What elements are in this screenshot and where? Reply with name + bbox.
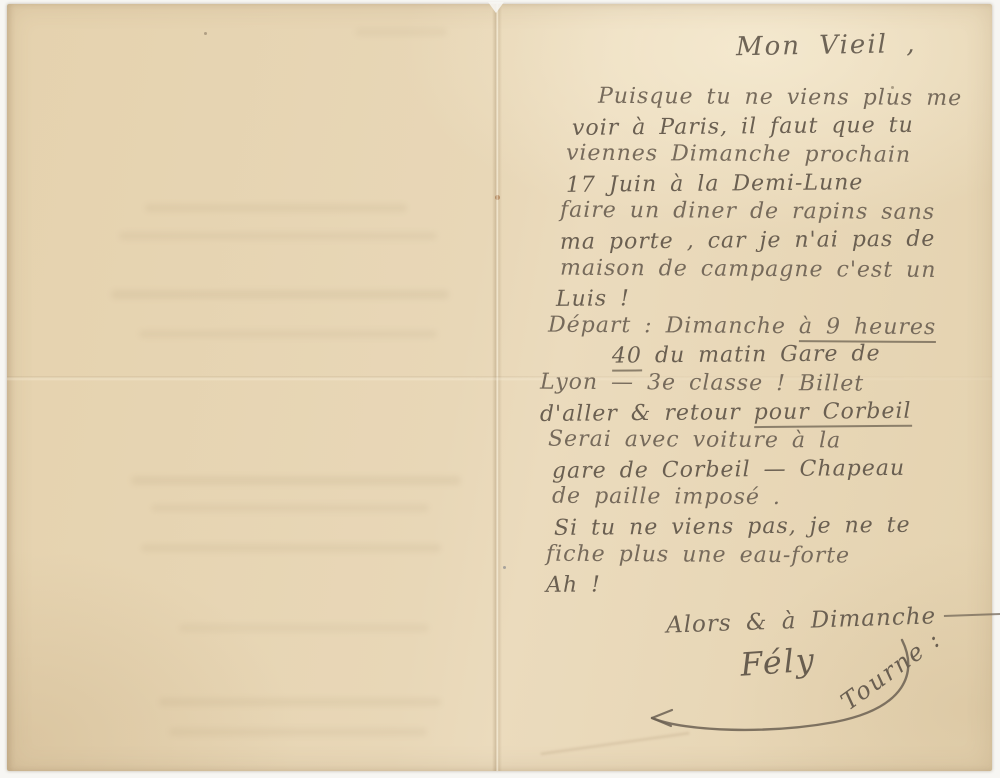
letter-line: fiche plus une eau-forte xyxy=(546,540,990,571)
letter-line-text: Si tu ne viens pas, je ne te xyxy=(554,513,911,541)
letter-line-text: maison de campagne c'est un xyxy=(560,255,937,282)
ghost-text-line xyxy=(111,290,449,299)
letter-text: Mon Vieil , Puisque tu ne viens plus me … xyxy=(538,30,990,675)
letter-line-text: viennes Dimanche prochain xyxy=(566,141,911,168)
erased-smudge xyxy=(355,28,447,36)
ghost-text-line xyxy=(145,204,407,212)
ghost-text-line xyxy=(179,624,429,632)
ghost-text-line xyxy=(141,544,441,552)
letter-line-text: Puisque tu ne viens plus me xyxy=(598,84,962,111)
underlined-text: à 9 heures xyxy=(799,314,936,343)
letter-line: 40 du matin Gare de xyxy=(612,340,990,372)
letter-line: gare de Corbeil — Chapeau xyxy=(552,454,990,486)
letter-line-text: Ah ! xyxy=(546,573,601,598)
letter-line-text: gare de Corbeil — Chapeau xyxy=(552,456,905,484)
underlined-text: 40 xyxy=(612,344,642,372)
letter-line: faire un diner de rapins sans xyxy=(560,197,990,228)
letter-line: ma porte , car je n'ai pas de xyxy=(560,225,990,257)
letter-line: Serai avec voiture à la xyxy=(548,426,990,457)
underlined-text: pour Corbeil xyxy=(754,398,912,427)
letter-line-text: Luis ! xyxy=(556,286,630,312)
foxing-speck xyxy=(204,32,207,35)
letter-line: viennes Dimanche prochain xyxy=(566,140,990,171)
fold-crease-vertical xyxy=(492,4,502,771)
letter-line: Si tu ne viens pas, je ne te xyxy=(554,511,990,543)
letter-line-text: du matin Gare de xyxy=(642,342,881,369)
letter-line-text: voir à Paris, il faut que tu xyxy=(572,112,914,140)
letter-line: Départ : Dimanche à 9 heures xyxy=(548,311,990,342)
letter-line: Puisque tu ne viens plus me xyxy=(598,83,990,114)
letter-line: maison de campagne c'est un xyxy=(560,254,990,285)
letter-greeting: Mon Vieil , xyxy=(736,28,990,62)
ghost-text-line xyxy=(151,504,429,512)
ghost-text-line xyxy=(169,728,427,736)
letter-line-text: de paille imposé . xyxy=(552,484,781,510)
scan-background: Mon Vieil , Puisque tu ne viens plus me … xyxy=(0,0,1000,778)
letter-line-text: faire un diner de rapins sans xyxy=(560,198,935,225)
letter-line-text: Serai avec voiture à la xyxy=(548,427,841,454)
letter-line-text: Lyon — 3e classe ! Billet xyxy=(540,370,864,397)
letter-line-text: fiche plus une eau-forte xyxy=(546,541,850,568)
letter-line: Luis ! xyxy=(556,282,990,314)
letter-line: Lyon — 3e classe ! Billet xyxy=(540,369,990,400)
letter-line: de paille imposé . xyxy=(552,483,990,514)
ghost-text-line xyxy=(159,698,441,706)
letter-line: Ah ! xyxy=(546,568,990,600)
ghost-text-line xyxy=(119,232,437,240)
letter-line-text: Départ : Dimanche xyxy=(548,312,799,339)
letter-line-text: d'aller & retour xyxy=(540,400,754,427)
letter-line: voir à Paris, il faut que tu xyxy=(572,111,990,143)
foxing-speck xyxy=(503,566,506,569)
letter-line-text: 17 Juin à la Demi-Lune xyxy=(566,170,864,198)
ghost-text-line xyxy=(131,476,461,485)
letter-line: 17 Juin à la Demi-Lune xyxy=(566,168,990,200)
ghost-text-line xyxy=(139,330,437,338)
letter-line-text: ma porte , car je n'ai pas de xyxy=(560,227,936,255)
letter-line: d'aller & retour pour Corbeil xyxy=(540,397,990,430)
